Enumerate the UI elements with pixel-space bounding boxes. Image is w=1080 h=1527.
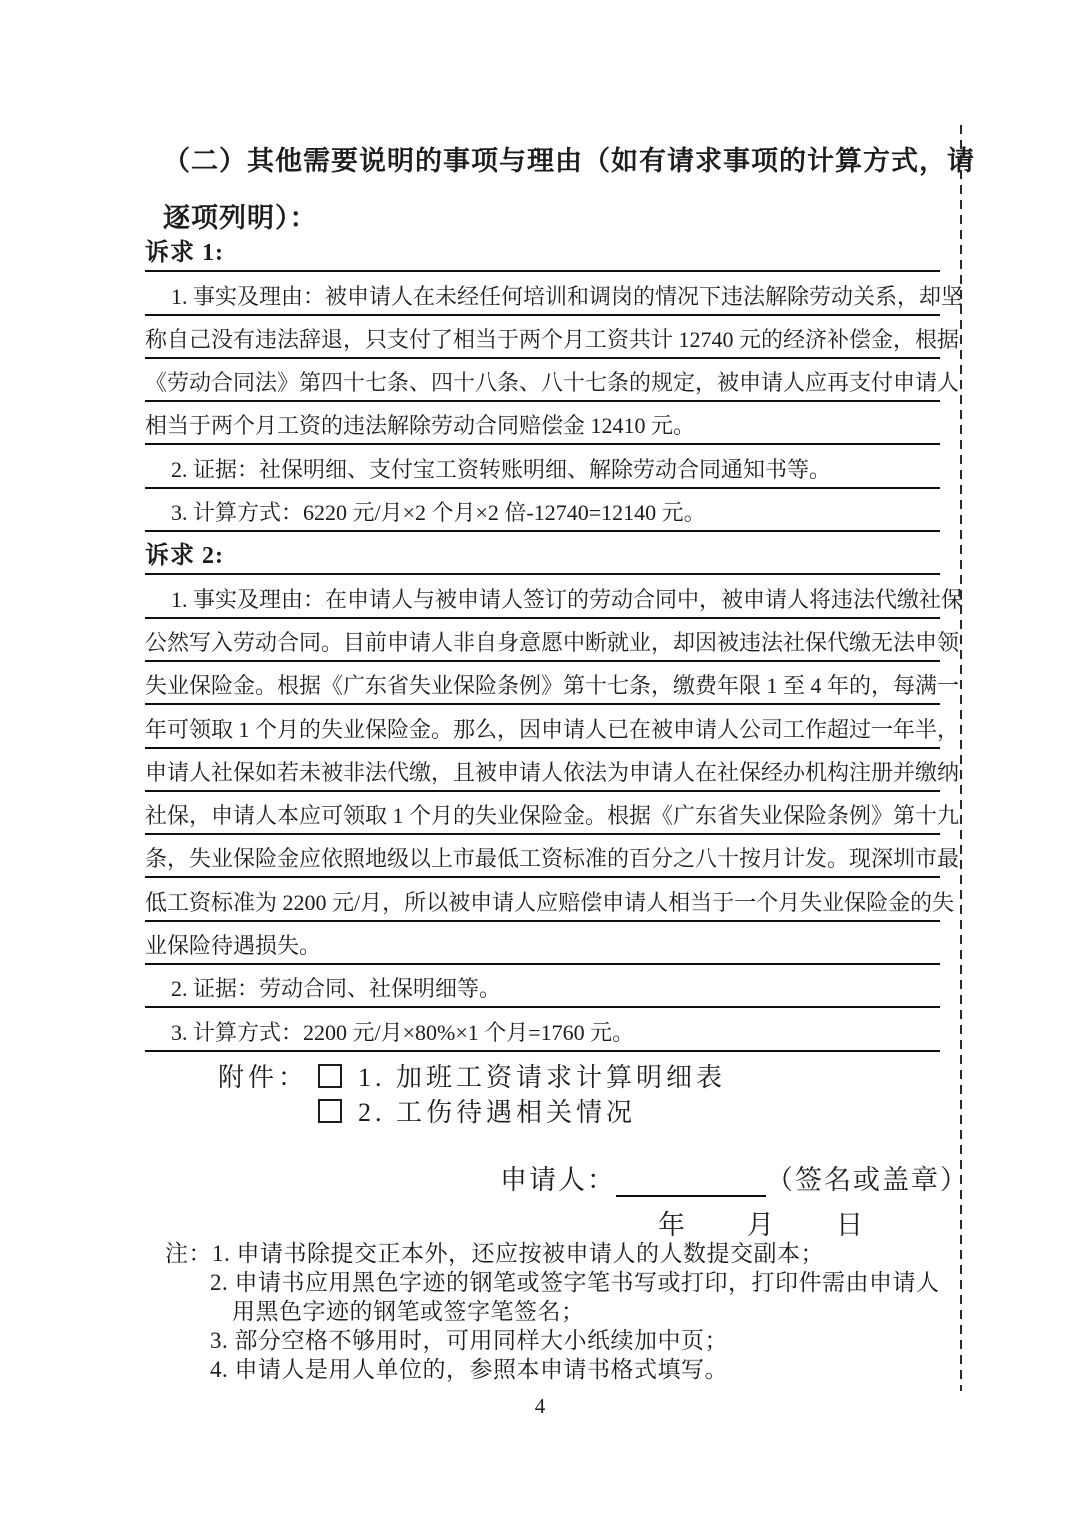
claim-1-facts-line-1: 1. 事实及理由：被申请人在未经任何培训和调岗的情况下违法解除劳动关系，却坚 <box>145 280 963 311</box>
signature-blank-line <box>616 1168 766 1197</box>
footnote-line-5: 4. 申请人是用人单位的，参照本申请书格式填写。 <box>165 1355 940 1384</box>
claim-1-evidence: 2. 证据：社保明细、支付宝工资转账明细、解除劳动合同通知书等。 <box>145 453 831 484</box>
footnote-line-1: 注：1. 申请书除提交正本外，还应按被申请人的人数提交副本； <box>165 1239 940 1268</box>
claim-1-facts-row: 相当于两个月工资的违法解除劳动合同赔偿金 12410 元。 <box>145 402 940 445</box>
signature-row: 申请人：（签名或盖章） <box>500 1158 969 1197</box>
attachments-section: 附件： 1. 加班工资请求计算明细表 2. 工伤待遇相关情况 <box>218 1058 726 1128</box>
claim-1-calculation: 3. 计算方式：6220 元/月×2 个月×2 倍-12740=12140 元。 <box>145 496 706 527</box>
claim-2-facts-row: 失业保险金。根据《广东省失业保险条例》第十七条，缴费年限 1 至 4 年的，每满… <box>145 662 940 705</box>
claim-1-facts-row: 《劳动合同法》第四十七条、四十八条、八十七条的规定，被申请人应再支付申请人 <box>145 359 940 402</box>
page-number: 4 <box>0 1394 1080 1419</box>
page-edge-dashed-line <box>960 125 962 1391</box>
date-row: 年月日 <box>658 1203 863 1242</box>
claim-2-facts-row: 1. 事实及理由：在申请人与被申请人签订的劳动合同中，被申请人将违法代缴社保 <box>145 575 940 618</box>
applicant-label: 申请人： <box>500 1165 616 1195</box>
form-body: 诉求 1: 1. 事实及理由：被申请人在未经任何培训和调岗的情况下违法解除劳动关… <box>145 229 940 1052</box>
claim-1-facts-row: 称自己没有违法辞退，只支付了相当于两个月工资共计 12740 元的经济补偿金，根… <box>145 316 940 359</box>
claim-2-facts-line-4: 年可领取 1 个月的失业保险金。那么，因申请人已在被申请人公司工作超过一年半， <box>145 713 959 744</box>
claim-1-evidence-row: 2. 证据：社保明细、支付宝工资转账明细、解除劳动合同通知书等。 <box>145 445 940 488</box>
claim-2-facts-line-5: 申请人社保如若未被非法代缴，且被申请人依法为申请人在社保经办机构注册并缴纳 <box>145 756 959 787</box>
date-day-label: 日 <box>836 1210 863 1240</box>
claim-2-evidence: 2. 证据：劳动合同、社保明细等。 <box>145 972 501 1003</box>
claim-1-heading-row: 诉求 1: <box>145 229 940 272</box>
claim-2-facts-line-8: 低工资标准为 2200 元/月，所以被申请人应赔偿申请人相当于一个月失业保险金的… <box>145 886 954 917</box>
date-month-label: 月 <box>747 1210 774 1240</box>
attachment-2-label: 2. 工伤待遇相关情况 <box>358 1092 636 1129</box>
claim-1-label: 诉求 1: <box>145 232 224 267</box>
claim-2-facts-line-7: 条，失业保险金应依照地级以上市最低工资标准的百分之八十按月计发。现深圳市最 <box>145 842 959 873</box>
section-title-line-1: （二）其他需要说明的事项与理由（如有请求事项的计算方式，请 <box>163 133 963 190</box>
footnotes: 注：1. 申请书除提交正本外，还应按被申请人的人数提交副本； 2. 申请书应用黑… <box>165 1239 940 1384</box>
attachment-row-1: 附件： 1. 加班工资请求计算明细表 <box>218 1058 726 1093</box>
claim-2-facts-line-9: 业保险待遇损失。 <box>145 929 321 960</box>
claim-2-facts-row: 年可领取 1 个月的失业保险金。那么，因申请人已在被申请人公司工作超过一年半， <box>145 705 940 748</box>
claim-2-evidence-row: 2. 证据：劳动合同、社保明细等。 <box>145 965 940 1008</box>
claim-2-calculation: 3. 计算方式：2200 元/月×80%×1 个月=1760 元。 <box>145 1016 634 1047</box>
attachment-1-checkbox[interactable] <box>318 1064 342 1088</box>
claim-1-facts-line-2: 称自己没有违法辞退，只支付了相当于两个月工资共计 12740 元的经济补偿金，根… <box>145 323 959 354</box>
claim-2-heading-row: 诉求 2: <box>145 532 940 575</box>
claim-2-facts-row: 业保险待遇损失。 <box>145 922 940 965</box>
signature-hint: （签名或盖章） <box>766 1165 969 1195</box>
claim-2-facts-row: 申请人社保如若未被非法代缴，且被申请人依法为申请人在社保经办机构注册并缴纳 <box>145 749 940 792</box>
claim-2-facts-row: 低工资标准为 2200 元/月，所以被申请人应赔偿申请人相当于一个月失业保险金的… <box>145 878 940 921</box>
claim-2-facts-row: 条，失业保险金应依照地级以上市最低工资标准的百分之八十按月计发。现深圳市最 <box>145 835 940 878</box>
claim-2-facts-line-6: 社保，申请人本应可领取 1 个月的失业保险金。根据《广东省失业保险条例》第十九 <box>145 799 959 830</box>
footnote-line-2: 2. 申请书应用黑色字迹的钢笔或签字笔书写或打印，打印件需由申请人 <box>165 1268 940 1297</box>
attachments-label: 附件： <box>218 1057 318 1094</box>
date-year-label: 年 <box>658 1210 685 1240</box>
claim-2-facts-row: 社保，申请人本应可领取 1 个月的失业保险金。根据《广东省失业保险条例》第十九 <box>145 792 940 835</box>
claim-1-calculation-row: 3. 计算方式：6220 元/月×2 个月×2 倍-12740=12140 元。 <box>145 489 940 532</box>
claim-1-facts-line-4: 相当于两个月工资的违法解除劳动合同赔偿金 12410 元。 <box>145 409 695 440</box>
claim-2-facts-line-2: 公然写入劳动合同。目前申请人非自身意愿中断就业，却因被违法社保代缴无法申领 <box>145 626 959 657</box>
footnote-line-4: 3. 部分空格不够用时，可用同样大小纸续加中页； <box>165 1326 940 1355</box>
footnote-line-3: 用黑色字迹的钢笔或签字笔签名； <box>165 1297 940 1326</box>
claim-1-facts-line-3: 《劳动合同法》第四十七条、四十八条、八十七条的规定，被申请人应再支付申请人 <box>145 366 959 397</box>
attachment-1-label: 1. 加班工资请求计算明细表 <box>358 1057 726 1094</box>
attachment-row-2: 2. 工伤待遇相关情况 <box>218 1093 726 1128</box>
claim-2-facts-line-1: 1. 事实及理由：在申请人与被申请人签订的劳动合同中，被申请人将违法代缴社保 <box>145 583 963 614</box>
document-page: （二）其他需要说明的事项与理由（如有请求事项的计算方式，请 逐项列明）： 诉求 … <box>0 0 1080 1527</box>
claim-2-facts-row: 公然写入劳动合同。目前申请人非自身意愿中断就业，却因被违法社保代缴无法申领 <box>145 619 940 662</box>
attachment-2-checkbox[interactable] <box>318 1099 342 1123</box>
claim-1-facts-row: 1. 事实及理由：被申请人在未经任何培训和调岗的情况下违法解除劳动关系，却坚 <box>145 272 940 315</box>
claim-2-calculation-row: 3. 计算方式：2200 元/月×80%×1 个月=1760 元。 <box>145 1008 940 1051</box>
claim-2-facts-line-3: 失业保险金。根据《广东省失业保险条例》第十七条，缴费年限 1 至 4 年的，每满… <box>145 669 959 700</box>
claim-2-label: 诉求 2: <box>145 535 224 570</box>
